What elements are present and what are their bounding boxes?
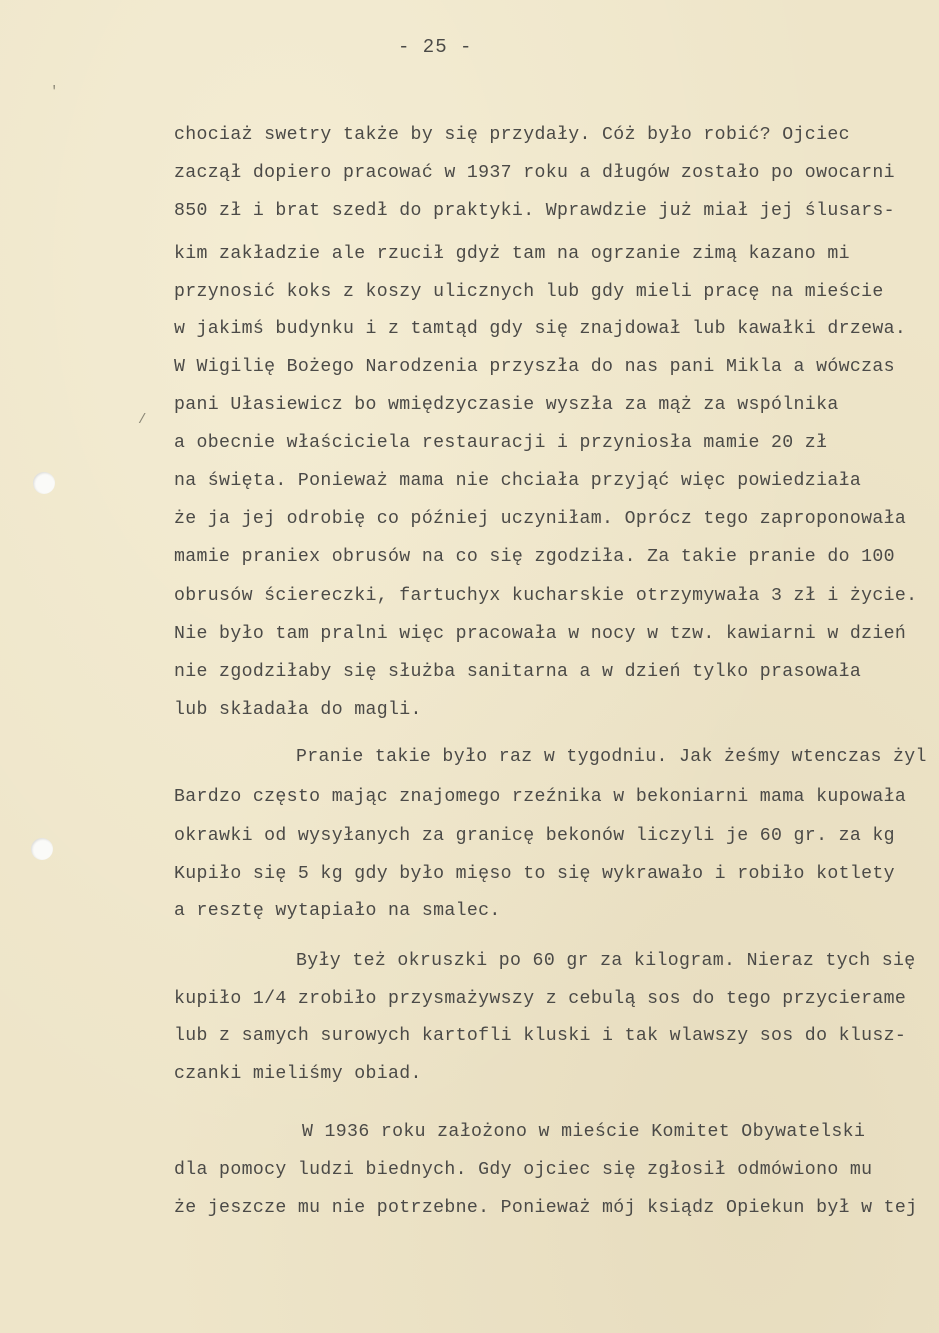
text-line: przynosić koks z koszy ulicznych lub gdy… xyxy=(174,281,884,303)
text-line: że ja jej odrobię co później uczyniłam. … xyxy=(174,508,906,530)
text-line: na święta. Ponieważ mama nie chciała prz… xyxy=(174,470,861,492)
text-line: nie zgodziłaby się służba sanitarna a w … xyxy=(174,661,861,683)
text-line: a resztę wytapiało na smalec. xyxy=(174,900,501,922)
page-number: - 25 - xyxy=(398,36,472,58)
text-line: Nie było tam pralni więc pracowała w noc… xyxy=(174,623,906,645)
text-line: Bardzo często mając znajomego rzeźnika w… xyxy=(174,786,906,808)
punch-hole-bottom xyxy=(31,838,53,860)
paragraph-start-line: W 1936 roku założono w mieście Komitet O… xyxy=(302,1121,865,1143)
text-line: W Wigilię Bożego Narodzenia przyszła do … xyxy=(174,356,895,378)
text-line: obrusów ściereczki, fartuchyx kucharskie… xyxy=(174,585,917,607)
text-line: chociaż swetry także by się przydały. Có… xyxy=(174,124,850,146)
text-line: czanki mieliśmy obiad. xyxy=(174,1063,422,1085)
margin-mark: ' xyxy=(50,84,58,100)
text-line: w jakimś budynku i z tamtąd gdy się znaj… xyxy=(174,318,906,340)
text-line: zaczął dopiero pracować w 1937 roku a dł… xyxy=(174,162,895,184)
punch-hole-top xyxy=(33,472,55,494)
text-line: kim zakładzie ale rzucił gdyż tam na ogr… xyxy=(174,243,850,265)
text-line: okrawki od wysyłanych za granicę bekonów… xyxy=(174,825,895,847)
paragraph-start-line: Były też okruszki po 60 gr za kilogram. … xyxy=(296,950,916,972)
text-line: kupiło 1/4 zrobiło przysmażywszy z cebul… xyxy=(174,988,906,1010)
text-line: a obecnie właściciela restauracji i przy… xyxy=(174,432,827,454)
text-line: pani Ułasiewicz bo wmiędzyczasie wyszła … xyxy=(174,394,839,416)
text-line: mamie praniex obrusów na co się zgodziła… xyxy=(174,546,895,568)
margin-tick-mark: / xyxy=(138,412,146,428)
text-line: Kupiło się 5 kg gdy było mięso to się wy… xyxy=(174,863,895,885)
text-line: że jeszcze mu nie potrzebne. Ponieważ mó… xyxy=(174,1197,917,1219)
text-line: 850 zł i brat szedł do praktyki. Wprawdz… xyxy=(174,200,895,222)
text-line: dla pomocy ludzi biednych. Gdy ojciec si… xyxy=(174,1159,872,1181)
text-line: lub składała do magli. xyxy=(174,699,422,721)
typewritten-page: ' / - 25 - chociaż swetry także by się p… xyxy=(0,0,939,1333)
text-line: lub z samych surowych kartofli kluski i … xyxy=(174,1025,906,1047)
paragraph-start-line: Pranie takie było raz w tygodniu. Jak że… xyxy=(296,746,927,768)
